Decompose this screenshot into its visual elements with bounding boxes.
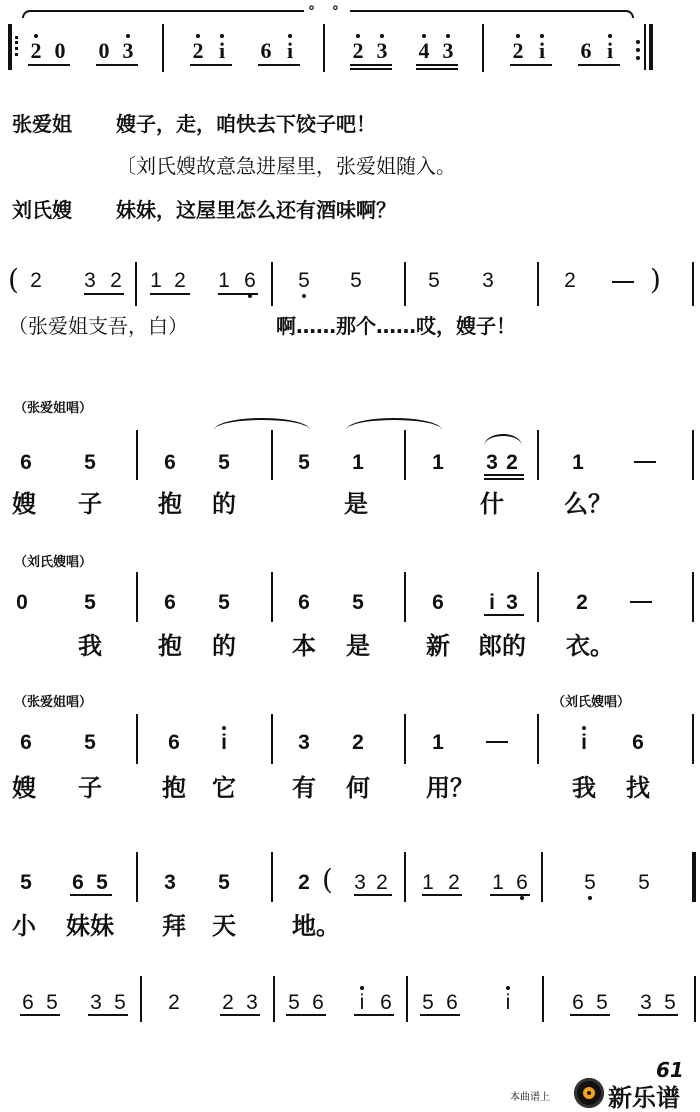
note: 5 [660,992,680,1013]
lyric: 抱 [158,492,182,516]
note: 2 [164,992,184,1013]
slur [346,418,442,430]
lyric: 拜 [162,914,186,938]
note: 1 [418,872,438,893]
note: 6 [442,992,462,1013]
note: 5 [16,872,36,893]
note: 2 [26,40,46,62]
lyric: 是 [346,634,370,658]
note: 6 [376,992,396,1013]
note: 3 [242,992,262,1013]
note: 5 [634,872,654,893]
underline [638,1014,678,1016]
stage-direction: 〔刘氏嫂故意急进屋里，张爱姐随入。 [116,156,456,176]
barline [537,430,539,480]
note: 6 [308,992,328,1013]
underline [84,293,124,295]
note: 2 [502,452,522,473]
note: 5 [214,452,234,473]
note: 5 [346,270,366,291]
spoken-line: 啊……那个……哎，嫂子！ [276,316,516,336]
note: i [352,992,372,1013]
note: 6 [160,452,180,473]
underline [286,1014,326,1016]
underline [218,293,258,295]
note: 6 [164,732,184,753]
lyric: 天 [212,914,236,938]
note: 5 [294,452,314,473]
barline [136,430,138,480]
note: i [482,592,502,613]
vinyl-record-icon [574,1078,604,1108]
note: 2 [444,872,464,893]
underline [88,1014,128,1016]
barline [404,262,406,306]
dialogue-line: 嫂子，走，咱快去下饺子吧！ [116,114,376,134]
barline [404,572,406,622]
note: 0 [94,40,114,62]
note: 1 [214,270,234,291]
note: 2 [560,270,580,291]
lyric: 找 [626,776,650,800]
barline [692,262,694,306]
barline [644,24,646,70]
barline [406,976,408,1022]
repeat-start-dots [15,36,21,56]
underline [422,894,462,896]
lyric: 子 [78,492,102,516]
note: 4 [414,40,434,62]
note: 6 [294,592,314,613]
underline [416,64,458,66]
note: 5 [592,992,612,1013]
note: 2 [348,732,368,753]
note: 3 [118,40,138,62]
note: 6 [240,270,260,291]
note: i [280,40,300,62]
note: 5 [42,992,62,1013]
underline [354,894,392,896]
note: 1 [428,452,448,473]
barline [692,714,694,764]
slur [214,418,310,430]
close-paren: ) [650,266,661,294]
note: 2 [572,592,592,613]
lyric: 郎的 [478,634,526,658]
lyric: 新 [426,634,450,658]
note: 6 [18,992,38,1013]
underline [484,614,524,616]
note: 5 [294,270,314,291]
note: i [532,40,552,62]
note: 3 [350,872,370,893]
sustain-dash [634,461,656,463]
underline [510,64,552,66]
note: 5 [418,992,438,1013]
barline [692,852,696,902]
note: i [574,732,594,753]
note: 6 [568,992,588,1013]
barline [404,852,406,902]
underline [258,64,300,66]
barline [482,24,484,72]
barline [541,852,543,902]
underline [350,64,392,66]
speaker-name: 刘氏嫂 [12,200,72,220]
note: 2 [508,40,528,62]
note: 6 [512,872,532,893]
underline [578,64,620,66]
note: 3 [478,270,498,291]
note: 3 [372,40,392,62]
repeat-end-dots [636,40,644,60]
lyric: 嫂 [12,776,36,800]
barline [271,852,273,902]
barline [694,976,696,1022]
note: 6 [16,732,36,753]
lyric: 我 [78,634,102,658]
note: 5 [424,270,444,291]
singer-label-2: （刘氏嫂唱） [552,696,630,709]
underline [28,64,70,66]
lyric: 抱 [158,634,182,658]
brand-logo: 新乐谱 [608,1078,680,1112]
barline [273,976,275,1022]
sustain-dash [612,281,634,283]
underline [190,64,232,66]
open-paren: ( [8,266,19,294]
note: 1 [428,732,448,753]
underline [416,68,458,70]
tie [484,434,522,446]
note: 6 [576,40,596,62]
note: 1 [348,452,368,473]
footer-prefix: 本曲谱上 [510,1088,550,1103]
note: 2 [26,270,46,291]
note: 3 [482,452,502,473]
note: 2 [294,872,314,893]
barline [404,714,406,764]
note: 5 [80,592,100,613]
note: 5 [92,872,112,893]
lyric: 小 [12,914,36,938]
lyric: 么？ [564,492,612,516]
underline [150,293,190,295]
barline [537,262,539,306]
barline [140,976,142,1022]
barline [271,572,273,622]
lyric: 何 [346,776,370,800]
barline [271,714,273,764]
note: 6 [160,592,180,613]
lyric: 的 [212,492,236,516]
note: i [498,992,518,1013]
spoken-direction: （张爱姐支吾，白） [8,316,188,336]
underline [20,1014,60,1016]
singer-label: （张爱姐唱） [14,402,92,415]
note: 0 [12,592,32,613]
barline [136,852,138,902]
note: 5 [80,732,100,753]
underline [350,68,392,70]
note: 2 [170,270,190,291]
note: 1 [568,452,588,473]
note: 3 [86,992,106,1013]
lyric: 的 [212,634,236,658]
repeat-end-barline [649,24,653,70]
volta-marks: ° ° [308,4,345,20]
lyric: 有 [292,776,316,800]
note: 6 [68,872,88,893]
barline [323,24,325,72]
note: 6 [628,732,648,753]
lyric: 地。 [292,914,340,938]
note: i [212,40,232,62]
lyric: 嫂 [12,492,36,516]
barline [136,714,138,764]
note: 2 [106,270,126,291]
note: 6 [428,592,448,613]
barline [271,262,273,306]
lyric: 是 [344,492,368,516]
barline [537,572,539,622]
note: 2 [188,40,208,62]
lyric: 它 [212,776,236,800]
note: 1 [488,872,508,893]
underline [484,474,524,476]
sustain-dash [630,601,652,603]
note: 6 [256,40,276,62]
note: 3 [438,40,458,62]
barline [692,430,694,480]
lyric: 子 [78,776,102,800]
underline [490,894,530,896]
note: 3 [294,732,314,753]
volta-bracket-right [350,10,634,18]
repeat-start-barline [8,24,12,70]
speaker-name: 张爱姐 [12,114,72,134]
note: 2 [348,40,368,62]
open-paren: ( [322,866,333,894]
barline [136,572,138,622]
barline [542,976,544,1022]
note: 6 [16,452,36,473]
note: 5 [348,592,368,613]
barline [135,262,137,306]
note: 2 [372,872,392,893]
note: 1 [146,270,166,291]
volta-bracket-left [22,10,304,18]
underline [70,894,112,896]
underline [484,478,524,480]
note: 5 [214,872,234,893]
underline [354,1014,394,1016]
barline [692,572,694,622]
lyric: 我 [572,776,596,800]
note: 3 [636,992,656,1013]
note: 3 [502,592,522,613]
barline [271,430,273,480]
note: 5 [284,992,304,1013]
singer-label: （刘氏嫂唱） [14,556,92,569]
note: 5 [214,592,234,613]
barline [404,430,406,480]
lyric: 抱 [162,776,186,800]
note: 0 [50,40,70,62]
note: i [600,40,620,62]
note: 2 [218,992,238,1013]
note: 3 [160,872,180,893]
note: 5 [110,992,130,1013]
lyric: 妹妹 [66,914,114,938]
note: 5 [80,452,100,473]
underline [570,1014,610,1016]
note: 3 [80,270,100,291]
underline [420,1014,460,1016]
underline [96,64,138,66]
underline [220,1014,260,1016]
lyric: 什 [480,492,504,516]
sustain-dash [486,741,508,743]
singer-label: （张爱姐唱） [14,696,92,709]
note: i [214,732,234,753]
lyric: 衣。 [566,634,614,658]
dialogue-line: 妹妹，这屋里怎么还有酒味啊？ [116,200,396,220]
barline [537,714,539,764]
barline [162,24,164,72]
lyric: 用？ [426,776,474,800]
note: 5 [580,872,600,893]
lyric: 本 [292,634,316,658]
